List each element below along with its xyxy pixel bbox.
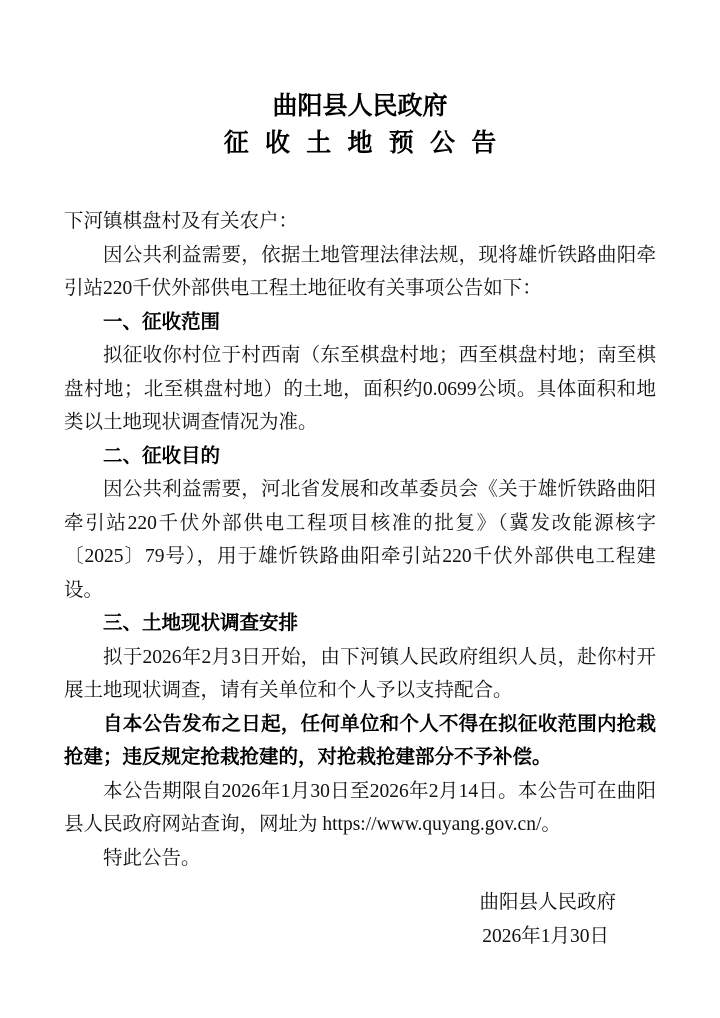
section-2-heading: 二、征收目的	[64, 440, 656, 474]
signature-issuer: 曲阳县人民政府	[64, 886, 656, 920]
section-3-body: 拟于2026年2月3日开始，由下河镇人民政府组织人员，赴你村开展土地现状调查，请…	[64, 641, 656, 708]
no-rush-planting-warning: 自本公告发布之日起，任何单位和个人不得在拟征收范围内抢栽抢建；违反规定抢栽抢建的…	[64, 708, 656, 775]
section-2-body: 因公共利益需要，河北省发展和改革委员会《关于雄忻铁路曲阳牵引站220千伏外部供电…	[64, 473, 656, 607]
section-1-body: 拟征收你村位于村西南（东至棋盘村地；西至棋盘村地；南至棋盘村地；北至棋盘村地）的…	[64, 339, 656, 440]
validity-paragraph: 本公告期限自2026年1月30日至2026年2月14日。本公告可在曲阳县人民政府…	[64, 775, 656, 842]
document-body: 下河镇棋盘村及有关农户： 因公共利益需要，依据土地管理法律法规，现将雄忻铁路曲阳…	[64, 205, 656, 875]
document-title-line1: 曲阳县人民政府	[64, 88, 656, 125]
document-page: 曲阳县人民政府 征收土地预公告 下河镇棋盘村及有关农户： 因公共利益需要，依据土…	[0, 0, 720, 1018]
document-title-line2: 征收土地预公告	[64, 125, 656, 162]
intro-paragraph: 因公共利益需要，依据土地管理法律法规，现将雄忻铁路曲阳牵引站220千伏外部供电工…	[64, 239, 656, 306]
signature-date: 2026年1月30日	[64, 920, 656, 954]
signature-block: 曲阳县人民政府 2026年1月30日	[64, 886, 656, 954]
section-1-heading: 一、征收范围	[64, 306, 656, 340]
salutation: 下河镇棋盘村及有关农户：	[64, 205, 656, 239]
closing-statement: 特此公告。	[64, 842, 656, 876]
section-3-heading: 三、土地现状调查安排	[64, 607, 656, 641]
